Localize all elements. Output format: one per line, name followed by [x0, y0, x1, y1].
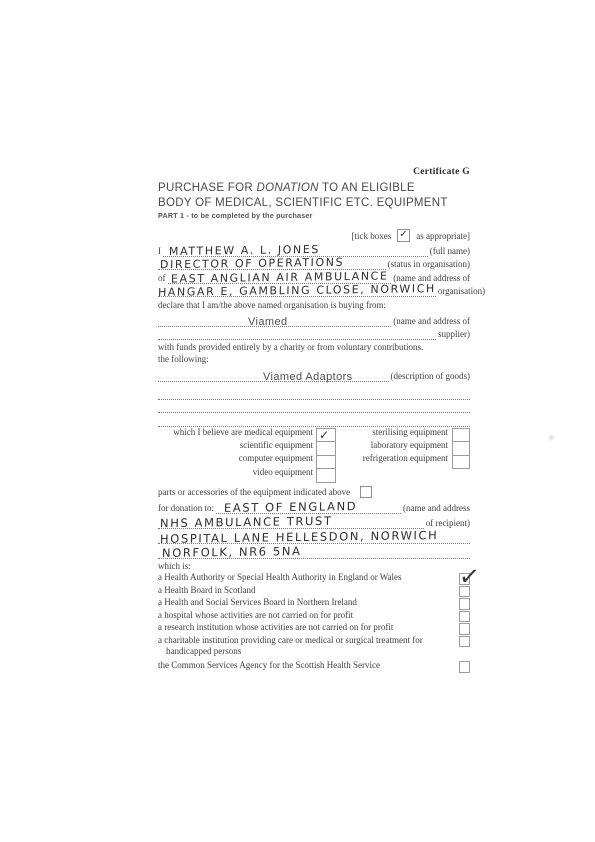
computer-equipment-checkbox	[317, 455, 335, 468]
sample-tick-checkbox	[397, 229, 410, 242]
donation-prefix: for donation to:	[158, 503, 216, 514]
donation-line-3: HOSPITAL LANE HELLESDON, NORWICH	[158, 529, 470, 544]
equipment-label-computer: computer equipment	[158, 452, 313, 465]
equipment-category-grid: which I believe are medical equipment sc…	[158, 426, 470, 486]
equipment-left-checkbox-stack	[316, 428, 336, 483]
donation-line-1: for donation to: EAST OF ENGLAND (name a…	[158, 499, 470, 514]
equipment-label-video: video equipment	[158, 466, 313, 479]
typed-goods-description: Viamed Adaptors	[263, 371, 353, 383]
supplier-name-line: Viamed (name and address of	[158, 313, 470, 327]
donation-line-2: NHS AMBULANCE TRUST of recipient)	[158, 514, 470, 529]
goods-section: Viamed Adaptors (description of goods)	[158, 368, 470, 382]
recipient-line4-field: NORFOLK, NR6 5NA	[158, 545, 470, 559]
organisation-label-2: organisation)	[436, 286, 485, 297]
recipient-name-field: EAST OF ENGLAND	[216, 500, 401, 514]
blank-dotted-line	[158, 413, 470, 427]
full-name-line: I MATTHEW A. L. JONES (full name)	[158, 243, 470, 257]
form-title-line2: BODY OF MEDICAL, SCIENTIFIC ETC. EQUIPME…	[158, 196, 470, 211]
tick-instruction-pre: [tick boxes	[352, 231, 392, 241]
parts-accessories-label: parts or accessories of the equipment in…	[158, 487, 350, 497]
charitable-institution-checkbox	[459, 636, 471, 648]
scan-artifact	[548, 433, 555, 442]
supplier-name-field: Viamed	[158, 316, 391, 327]
recipient-type-label: a Health and Social Services Board in No…	[158, 597, 459, 608]
goods-description-field: Viamed Adaptors	[158, 371, 389, 382]
recipient-type-list: a Health Authority or Special Health Aut…	[158, 572, 470, 673]
scientific-equipment-checkbox	[317, 441, 335, 454]
goods-blank-lines	[158, 386, 470, 427]
funds-statement: with funds provided entirely by a charit…	[158, 342, 470, 352]
recipient-line2-field: NHS AMBULANCE TRUST	[158, 515, 424, 529]
supplier-address-line: supplier)	[158, 327, 470, 341]
equipment-label-medical: which I believe are medical equipment	[158, 426, 313, 439]
full-name-label: (full name)	[428, 246, 470, 257]
equipment-label-laboratory: laboratory equipment	[343, 439, 448, 452]
form-title-line1: PURCHASE FOR DONATION TO AN ELIGIBLE	[158, 181, 470, 196]
equipment-label-sterilising: sterilising equipment	[343, 426, 448, 439]
goods-description-label: (description of goods)	[389, 371, 470, 382]
equipment-left-labels: which I believe are medical equipment sc…	[158, 426, 313, 479]
blank-dotted-line	[158, 386, 470, 400]
organisation-address-line: HANGAR E, GAMBLING CLOSE, NORWICH organi…	[158, 284, 470, 298]
supplier-label-1: (name and address of	[391, 316, 470, 327]
organisation-name-field: EAST ANGLIAN AIR AMBULANCE	[168, 271, 392, 284]
recipient-type-label: a hospital whose activities are not carr…	[158, 610, 459, 621]
tick-instruction-post: as appropriate]	[416, 231, 470, 241]
purchaser-section: I MATTHEW A. L. JONES (full name) DIRECT…	[158, 243, 470, 297]
refrigeration-equipment-checkbox	[453, 455, 469, 468]
recipient-type-row: a hospital whose activities are not carr…	[158, 610, 470, 623]
recipient-type-label: a charitable institution providing care …	[158, 635, 459, 658]
health-authority-checkbox	[459, 573, 471, 585]
donation-section: for donation to: EAST OF ENGLAND (name a…	[158, 499, 470, 559]
recipient-type-label: a Health Authority or Special Health Aut…	[158, 572, 459, 583]
recipient-type-row: the Common Services Agency for the Scott…	[158, 660, 470, 673]
title-donation-italic: DONATION	[256, 182, 318, 194]
parts-accessories-row: parts or accessories of the equipment in…	[158, 486, 470, 498]
health-social-services-ni-checkbox	[459, 598, 471, 610]
research-institution-checkbox	[459, 623, 471, 635]
handwritten-recipient-line4: NORFOLK, NR6 5NA	[162, 544, 302, 560]
sterilising-equipment-checkbox	[453, 429, 469, 441]
equipment-right-checkbox-stack	[452, 428, 470, 469]
equipment-label-scientific: scientific equipment	[158, 439, 313, 452]
goods-description-line: Viamed Adaptors (description of goods)	[158, 368, 470, 382]
recipient-type-row: a Health Board in Scotland	[158, 585, 470, 598]
medical-equipment-checkbox	[317, 429, 335, 441]
recipient-type-label: a research institution whose activities …	[158, 622, 459, 633]
title-post: TO AN ELIGIBLE	[319, 182, 415, 194]
supplier-section: Viamed (name and address of supplier)	[158, 313, 470, 340]
recipient-type-label: the Common Services Agency for the Scott…	[158, 660, 459, 671]
supplier-label-2: supplier)	[436, 329, 470, 340]
recipient-type-label: a Health Board in Scotland	[158, 585, 459, 596]
blank-dotted-line	[158, 400, 470, 414]
equipment-label-refrigeration: refrigeration equipment	[343, 452, 448, 465]
recipient-label-1: (name and address	[401, 503, 470, 514]
handwritten-status: DIRECTOR OF OPERATIONS	[160, 256, 344, 272]
tick-boxes-instruction: [tick boxes as appropriate]	[158, 229, 470, 242]
recipient-type-row: a Health Authority or Special Health Aut…	[158, 572, 470, 585]
part1-heading: PART 1 - to be completed by the purchase…	[158, 211, 470, 220]
declaration-text: declare that I am/the above named organi…	[158, 300, 470, 310]
handwritten-recipient-line2: NHS AMBULANCE TRUST	[160, 514, 333, 530]
certificate-label: Certificate G	[158, 167, 470, 177]
recipient-type-row: a charitable institution providing care …	[158, 635, 470, 658]
status-line: DIRECTOR OF OPERATIONS (status in organi…	[158, 257, 470, 271]
recipient-line3-field: HOSPITAL LANE HELLESDON, NORWICH	[158, 530, 470, 544]
video-equipment-checkbox	[317, 468, 335, 481]
organisation-address-field: HANGAR E, GAMBLING CLOSE, NORWICH	[158, 284, 436, 297]
organisation-prefix: of	[158, 273, 168, 284]
laboratory-equipment-checkbox	[453, 441, 469, 454]
hospital-nonprofit-checkbox	[459, 611, 471, 623]
parts-accessories-checkbox	[360, 486, 372, 498]
handwritten-recipient-name: EAST OF ENGLAND	[224, 499, 357, 515]
equipment-right-labels: sterilising equipment laboratory equipme…	[343, 426, 448, 466]
status-field: DIRECTOR OF OPERATIONS	[158, 257, 386, 270]
supplier-address-field	[158, 339, 436, 340]
recipient-type-row: a research institution whose activities …	[158, 622, 470, 635]
handwritten-organisation-address: HANGAR E, GAMBLING CLOSE, NORWICH	[158, 282, 436, 299]
common-services-agency-checkbox	[459, 661, 471, 673]
following-label: the following:	[158, 354, 470, 364]
handwritten-full-name: MATTHEW A. L. JONES	[169, 242, 320, 257]
form-title: PURCHASE FOR DONATION TO AN ELIGIBLE BOD…	[158, 181, 470, 210]
title-pre: PURCHASE FOR	[158, 182, 256, 194]
health-board-scotland-checkbox	[459, 586, 471, 598]
scanned-form-page: Certificate G PURCHASE FOR DONATION TO A…	[0, 0, 595, 842]
status-label: (status in organisation)	[386, 259, 470, 270]
full-name-field: MATTHEW A. L. JONES	[163, 244, 428, 257]
recipient-type-row: a Health and Social Services Board in No…	[158, 597, 470, 610]
donation-line-4: NORFOLK, NR6 5NA	[158, 544, 470, 559]
which-is-label: which is:	[158, 561, 470, 571]
